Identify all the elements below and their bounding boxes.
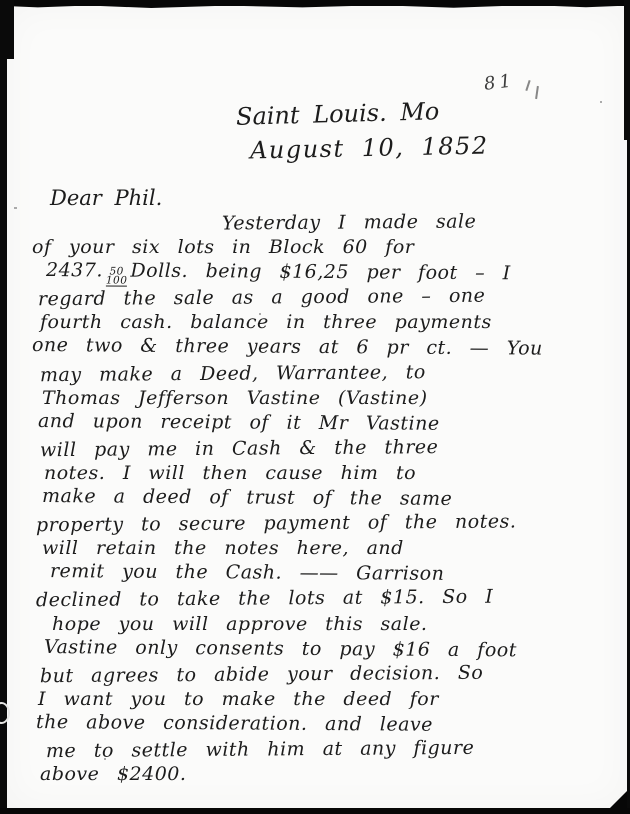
scan-corner-cut [610, 791, 627, 808]
letter-line: I want you to make the deed for [38, 688, 602, 713]
letter-line: me to settle with him at any figure [46, 736, 602, 765]
letter-line: above $2400. [40, 763, 602, 788]
fraction-denominator: 100 [106, 277, 128, 287]
page-number-mark: 81 [483, 70, 516, 95]
amount-whole: 2437. [46, 259, 103, 281]
scan-border-left [0, 0, 7, 814]
scan-corner-strip [624, 0, 630, 140]
letter-line: one two & three years at 6 pr ct. — You [32, 334, 602, 363]
letter-line: fourth cash. balance in three payments [40, 311, 602, 336]
letter-line: notes. I will then cause him to [44, 462, 602, 487]
letter-line: of your six lots in Block 60 for [32, 236, 602, 261]
scan-border-bottom [0, 808, 630, 814]
salutation: Dear Phil. [50, 186, 162, 210]
letter-line: will pay me in Cash & the three [40, 435, 602, 465]
scan-speck [14, 207, 17, 209]
amount-fraction: 50100 [106, 268, 128, 287]
letter-line: but agrees to abide your decision. So [40, 660, 602, 690]
letter-line: hope you will approve this sale. [52, 613, 602, 638]
letter-line: will retain the notes here, and [42, 537, 602, 562]
date-line: August 10, 1852 [250, 132, 489, 165]
letter-body: Yesterday I made sale of your six lots i… [32, 211, 602, 788]
letter-line: property to secure payment of the notes. [36, 510, 602, 540]
scan-speck [600, 101, 602, 103]
place-line: Saint Louis. Mo [236, 97, 440, 131]
letter-line: regard the sale as a good one – one [38, 284, 602, 314]
letter-line: Thomas Jefferson Vastine (Vastine) [42, 387, 602, 412]
letter-line: Yesterday I made sale [222, 210, 602, 238]
letter-line: may make a Deed, Warrantee, to [40, 359, 602, 389]
scanned-letter: 81 Saint Louis. Mo August 10, 1852 Dear … [0, 0, 630, 814]
letter-line: Vastine only consents to pay $16 a foot [44, 636, 602, 665]
letter-line: declined to take the lots at $15. So I [36, 585, 602, 615]
amount-rest: Dolls. being $16,25 per foot – I [130, 260, 510, 285]
